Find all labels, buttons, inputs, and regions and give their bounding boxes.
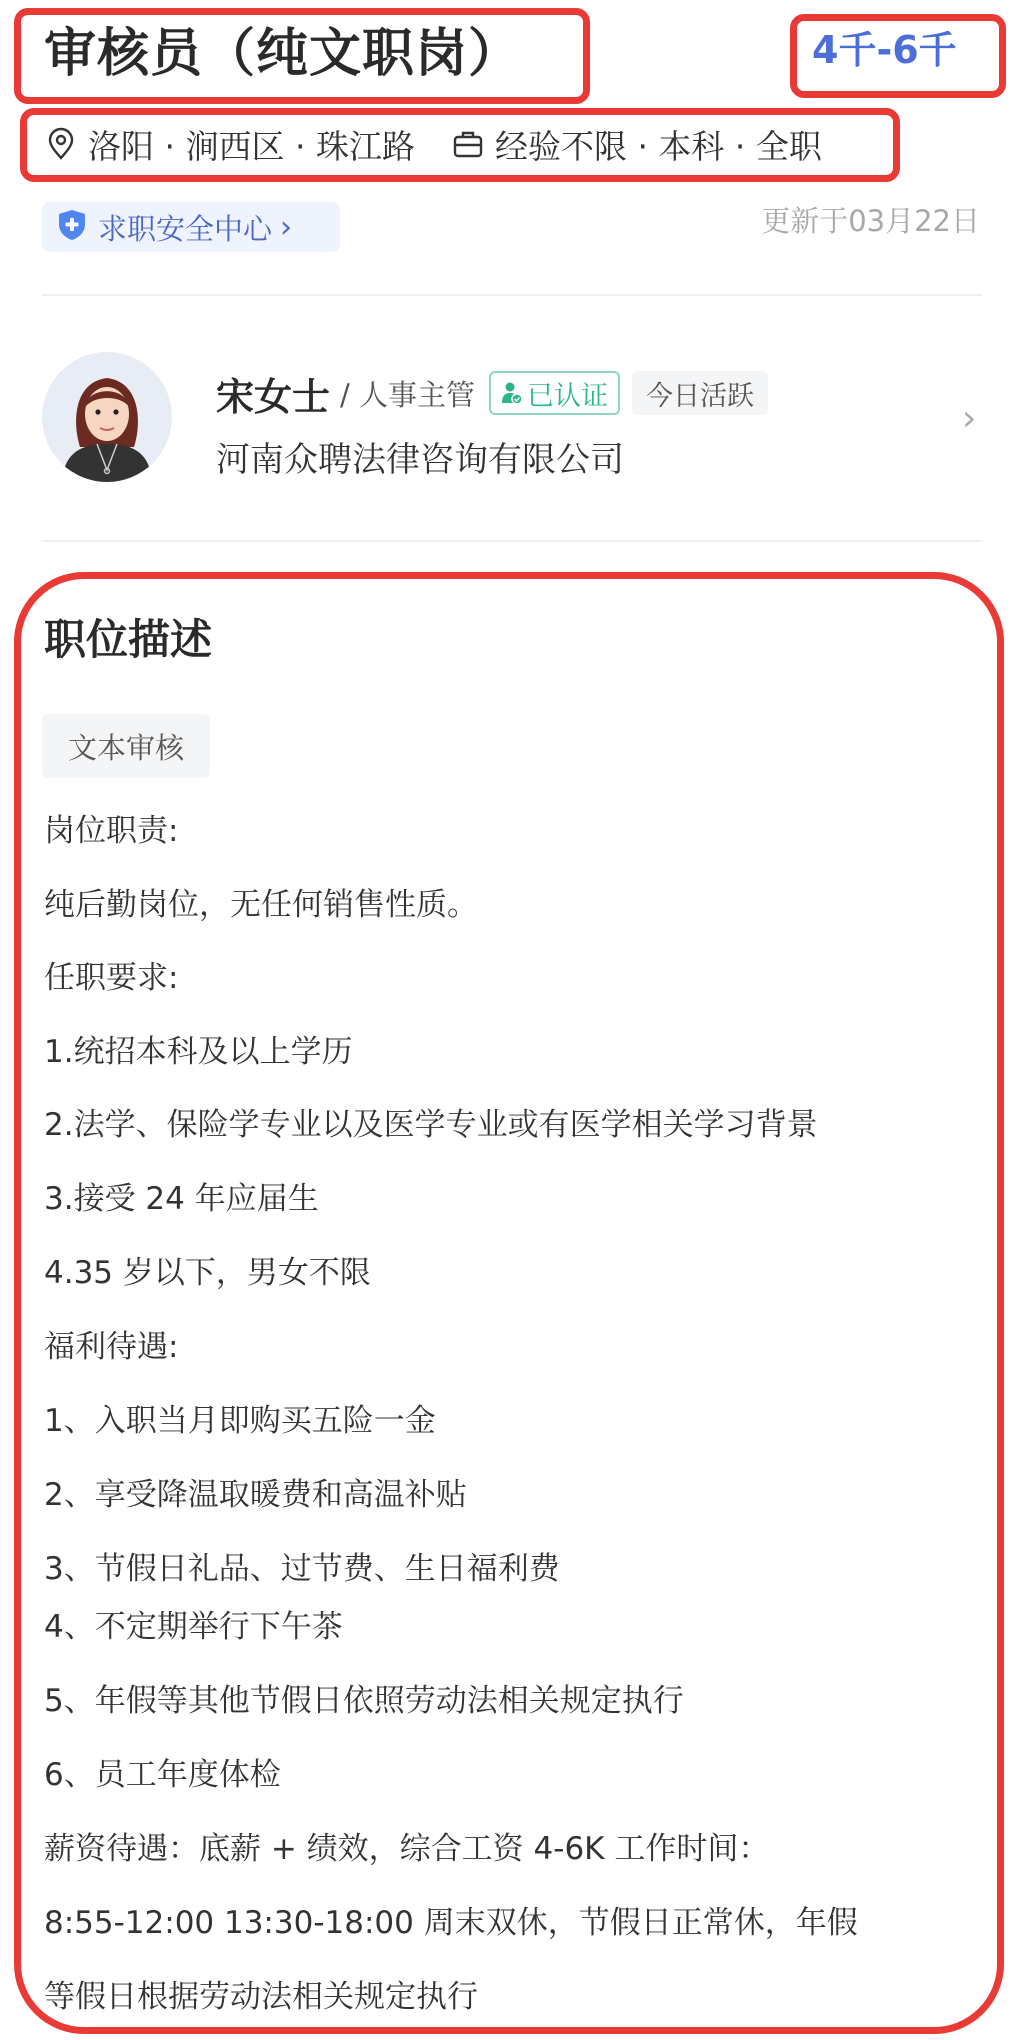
description-line: 5、年假等其他节假日依照劳动法相关规定执行 [44, 1678, 684, 1724]
description-line: 1.统招本科及以上学历 [44, 1029, 353, 1075]
verified-badge: 已认证 [489, 371, 620, 415]
description-line: 3、节假日礼品、过节费、生日福利费 [44, 1546, 560, 1592]
description-line: 4.35 岁以下，男女不限 [44, 1250, 371, 1296]
description-line: 薪资待遇：底薪 + 绩效，综合工资 4-6K 工作时间： [44, 1826, 769, 1872]
description-line: 1、入职当月即购买五险一金 [44, 1398, 436, 1444]
divider [42, 294, 982, 296]
description-line: 2、享受降温取暖费和高温补贴 [44, 1472, 467, 1518]
job-location: 洛阳 · 涧西区 · 珠江路 [88, 121, 415, 168]
section-title-description: 职位描述 [44, 610, 212, 670]
verified-label: 已认证 [527, 374, 608, 413]
chevron-right-icon[interactable]: › [962, 398, 976, 439]
recruiter-name: 宋女士 [216, 366, 330, 421]
description-line: 岗位职责: [44, 808, 178, 854]
description-line: 8:55-12:00 13:30-18:00 周末双休，节假日正常休，年假 [44, 1900, 858, 1946]
description-line: 纯后勤岗位，无任何销售性质。 [44, 882, 478, 928]
description-line: 4、不定期举行下午茶 [44, 1604, 343, 1650]
description-line: 任职要求: [44, 955, 178, 1001]
job-requirements-summary: 经验不限 · 本科 · 全职 [495, 121, 822, 168]
company-name[interactable]: 河南众聘法律咨询有限公司 [216, 434, 624, 486]
description-line: 等假日根据劳动法相关规定执行 [44, 1974, 478, 2020]
safety-center-label: 求职安全中心 [98, 207, 272, 248]
briefcase-icon [451, 127, 485, 161]
description-line: 6、员工年度体检 [44, 1752, 281, 1798]
description-line: 2.法学、保险学专业以及医学专业或有医学相关学习背景 [44, 1102, 818, 1148]
recruiter-avatar[interactable] [42, 352, 172, 482]
location-pin-icon [44, 127, 78, 161]
skill-tag: 文本审核 [42, 714, 210, 778]
description-line: 3.接受 24 年应届生 [44, 1176, 319, 1222]
verified-user-icon [501, 381, 523, 405]
chevron-right-icon: › [280, 210, 292, 245]
annotation-description-box [14, 572, 1004, 2034]
recruiter-info: 宋女士 / 人事主管 已认证 今日活跃 [216, 366, 768, 420]
job-meta-row: 洛阳 · 涧西区 · 珠江路 经验不限 · 本科 · 全职 [44, 118, 822, 170]
updated-date: 更新于03月22日 [761, 200, 980, 242]
description-line: 福利待遇: [44, 1324, 178, 1370]
divider [42, 540, 982, 542]
safety-center-button[interactable]: 求职安全中心 › [42, 202, 340, 252]
salary-range: 4千-6千 [812, 22, 957, 78]
active-today-badge: 今日活跃 [632, 371, 768, 415]
recruiter-role: / 人事主管 [340, 373, 475, 414]
job-title: 审核员（纯文职岗） [44, 14, 521, 94]
shield-plus-icon [56, 208, 88, 246]
